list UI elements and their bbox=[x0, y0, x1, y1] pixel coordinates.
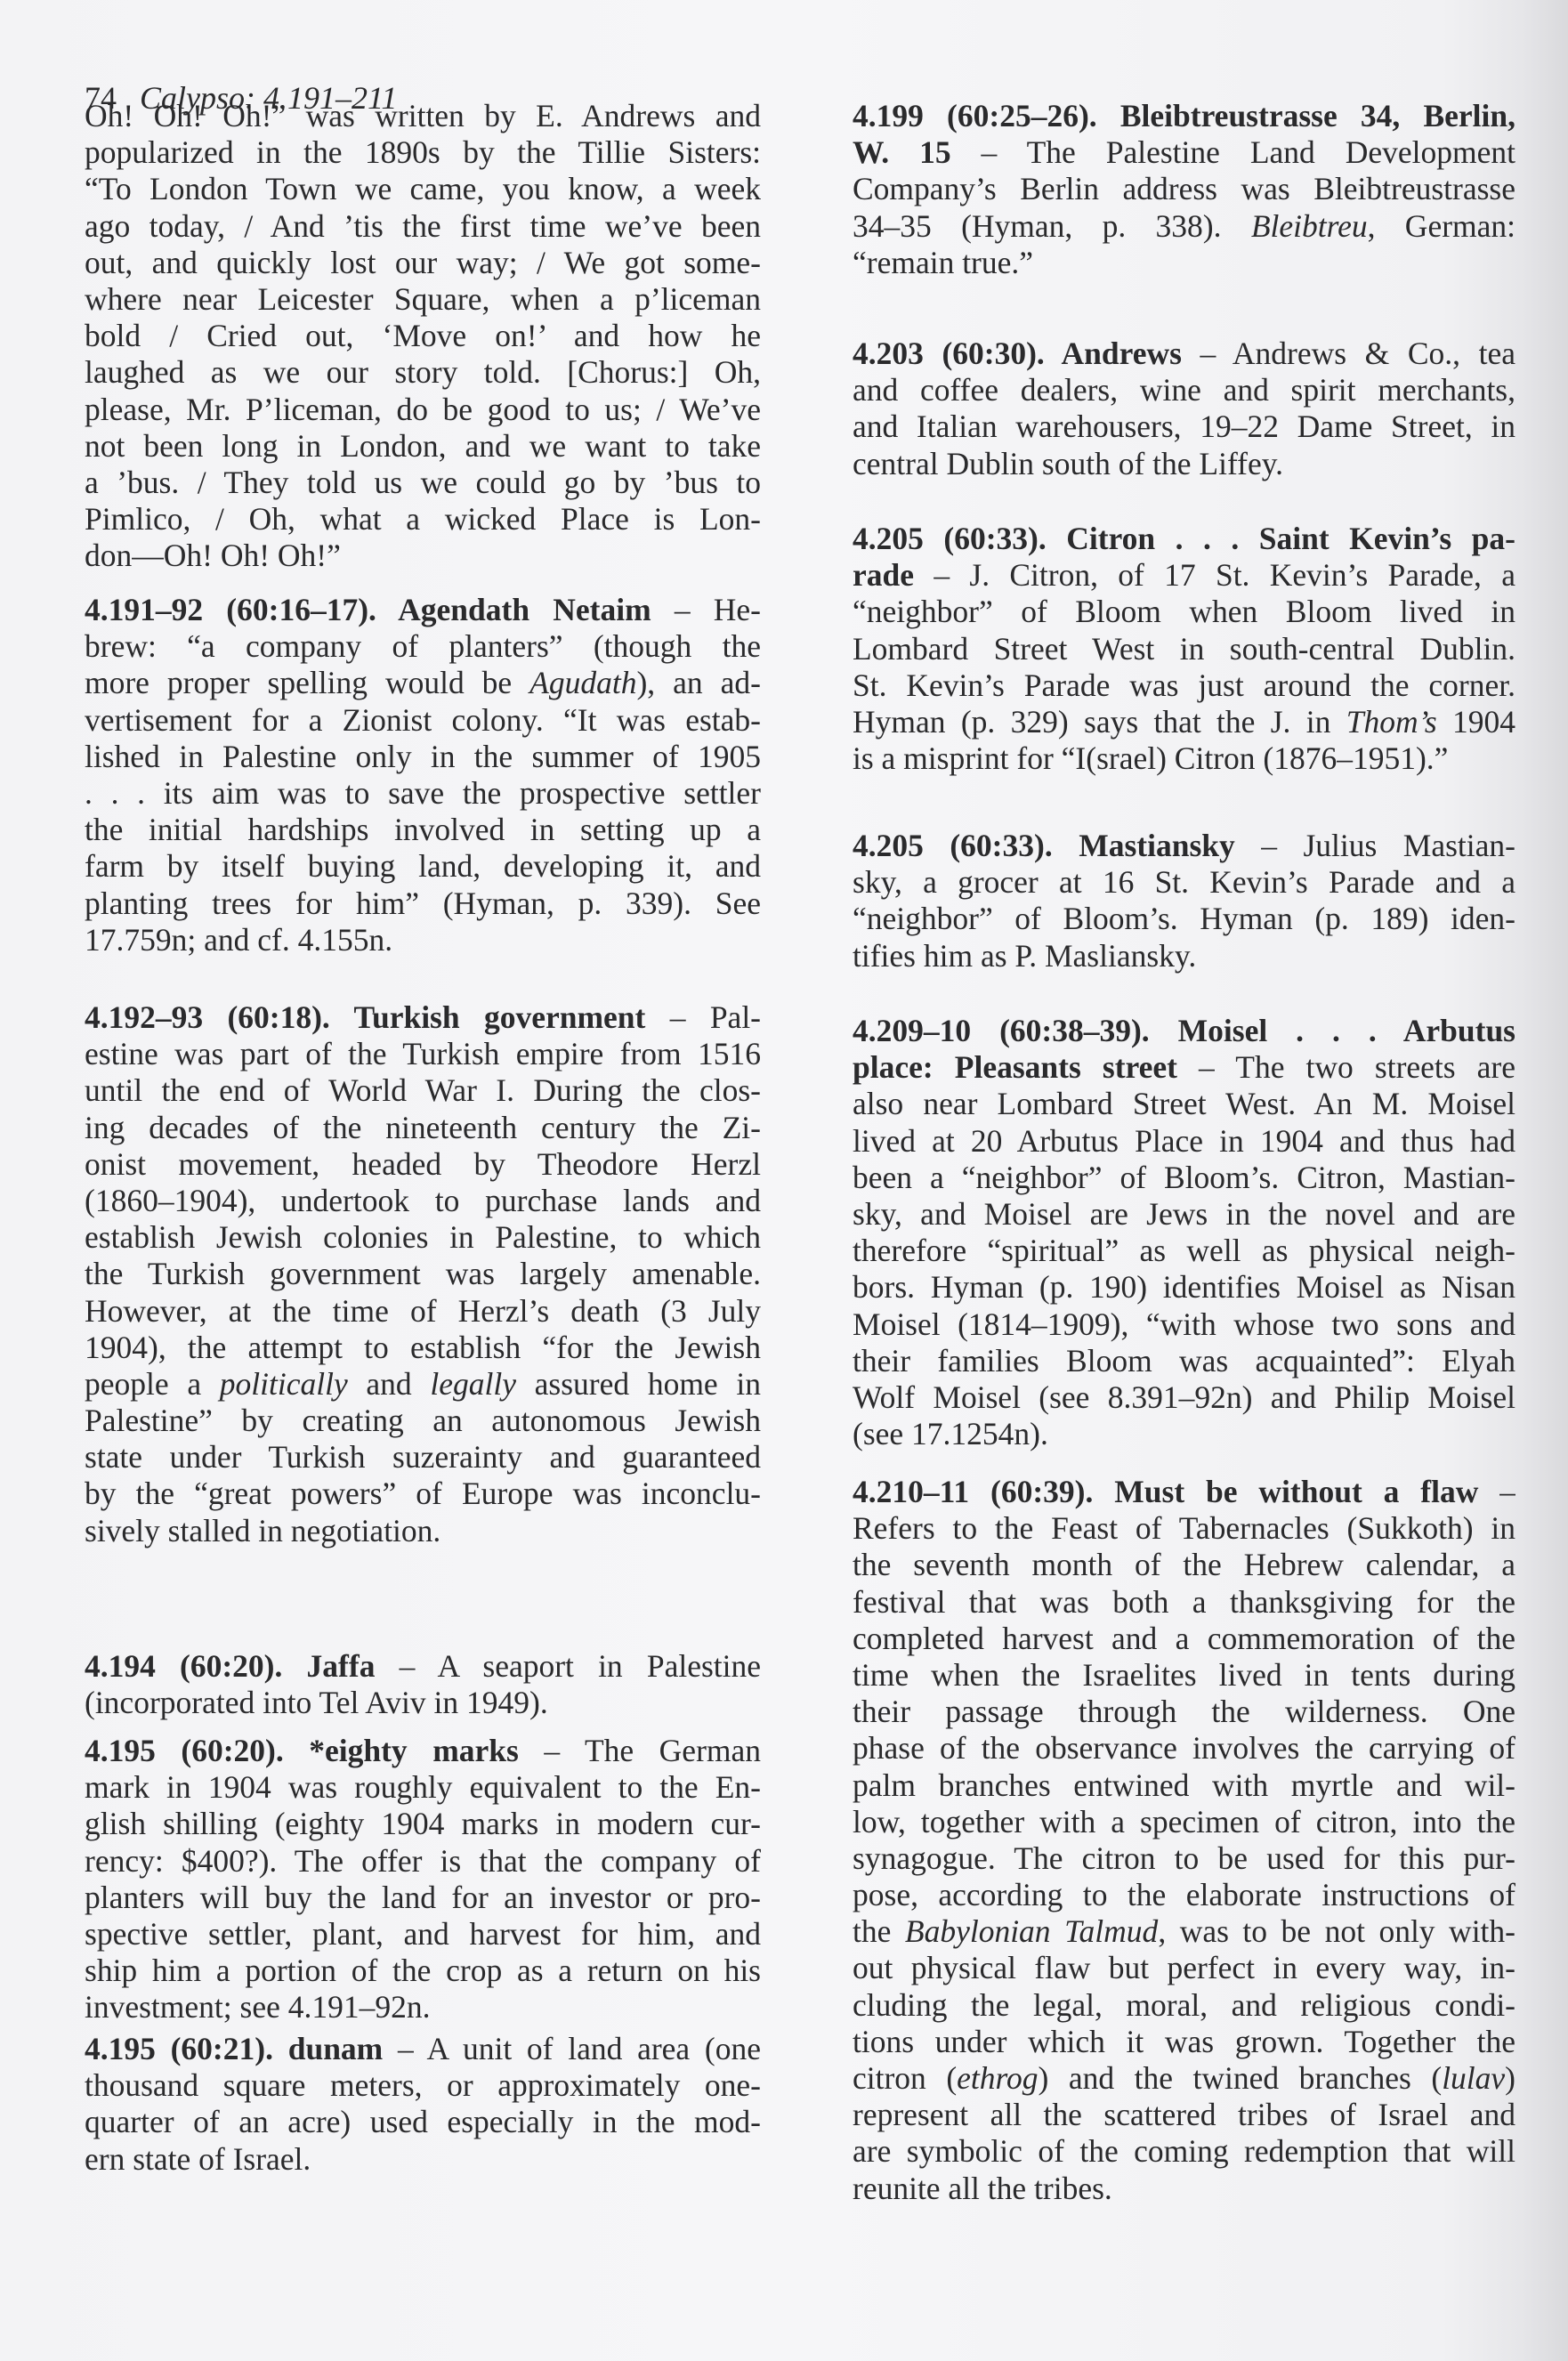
body-text: 34–35 (Hyman, p. 338). bbox=[853, 208, 1251, 244]
text-line: represent all the scattered tribes of Is… bbox=[853, 2097, 1515, 2133]
body-text: pose, according to the elaborate instruc… bbox=[853, 1877, 1515, 1912]
body-text: Wolf Moisel (see 8.391–92n) and Philip M… bbox=[853, 1379, 1515, 1415]
lemma-text: Andrews bbox=[1061, 336, 1181, 371]
text-line: sky, and Moisel are Jews in the novel an… bbox=[853, 1196, 1515, 1233]
text-line: the Babylonian Talmud, was to be not onl… bbox=[853, 1913, 1515, 1950]
text-line: 1904), the attempt to establish “for the… bbox=[85, 1330, 761, 1366]
entry-4-205-mastiansky: 4.205 (60:33). Mastiansky – Julius Masti… bbox=[853, 828, 1515, 974]
body-text: the Turkish government was largely amena… bbox=[85, 1256, 761, 1291]
body-text: Oh! Oh! Oh!” was written by E. Andrews a… bbox=[85, 98, 761, 133]
body-text: is a misprint for “I(srael) Citron (1876… bbox=[853, 740, 1448, 776]
body-text: the bbox=[853, 1913, 905, 1949]
body-text: more proper spelling would be bbox=[85, 665, 529, 700]
text-line: the Turkish government was largely amena… bbox=[85, 1256, 761, 1292]
text-line: festival that was both a thanksgiving fo… bbox=[853, 1584, 1515, 1621]
body-text: and coffee dealers, wine and spirit merc… bbox=[853, 372, 1515, 408]
body-text: “neighbor” of Bloom when Bloom lived in bbox=[853, 594, 1515, 629]
body-text: ) bbox=[1505, 2060, 1515, 2096]
text-line: out, and quickly lost our way; / We got … bbox=[85, 245, 761, 281]
lemma-text: Turkish government bbox=[354, 999, 646, 1035]
text-line: please, Mr. P’liceman, do be good to us;… bbox=[85, 392, 761, 428]
body-text: – J. Citron, of 17 St. Kevin’s Parade, a bbox=[914, 557, 1515, 593]
text-line: synagogue. The citron to be used for thi… bbox=[853, 1840, 1515, 1877]
italic-text: ethrog bbox=[957, 2060, 1038, 2096]
lemma-text: 4.210–11 (60:39). bbox=[853, 1474, 1114, 1509]
text-line: a ’bus. / They told us we could go by ’b… bbox=[85, 465, 761, 501]
body-text: ago today, / And ’tis the first time we’… bbox=[85, 208, 761, 244]
body-text: spective settler, plant, and harvest for… bbox=[85, 1916, 761, 1952]
italic-text: legally bbox=[430, 1366, 516, 1402]
text-line: tions under which it was grown. Together… bbox=[853, 2024, 1515, 2060]
body-text: – Andrews & Co., tea bbox=[1182, 336, 1515, 371]
text-line: place: Pleasants street – The two street… bbox=[853, 1049, 1515, 1086]
text-line: Moisel (1814–1909), “with whose two sons… bbox=[853, 1306, 1515, 1343]
body-text: central Dublin south of the Liffey. bbox=[853, 446, 1283, 481]
body-text: – A seaport in Palestine bbox=[375, 1648, 761, 1684]
entry-continuation: Oh! Oh! Oh!” was written by E. Andrews a… bbox=[85, 98, 761, 574]
body-text: festival that was both a thanksgiving fo… bbox=[853, 1584, 1515, 1620]
body-text: establish Jewish colonies in Palestine, … bbox=[85, 1219, 761, 1255]
text-line: more proper spelling would be Agudath), … bbox=[85, 665, 761, 701]
text-line: lived at 20 Arbutus Place in 1904 and th… bbox=[853, 1123, 1515, 1160]
text-line: St. Kevin’s Parade was just around the c… bbox=[853, 667, 1515, 704]
body-text: “neighbor” of Bloom’s. Hyman (p. 189) id… bbox=[853, 901, 1515, 936]
text-line: establish Jewish colonies in Palestine, … bbox=[85, 1219, 761, 1256]
body-text: therefore “spiritual” as well as physica… bbox=[853, 1233, 1515, 1268]
body-text: a ’bus. / They told us we could go by ’b… bbox=[85, 465, 761, 500]
text-line: ship him a portion of the crop as a retu… bbox=[85, 1953, 761, 1989]
body-text: rency: $400?). The offer is that the com… bbox=[85, 1843, 761, 1879]
text-line: and Italian warehousers, 19–22 Dame Stre… bbox=[853, 408, 1515, 445]
body-text: popularized in the 1890s by the Tillie S… bbox=[85, 134, 761, 170]
body-text: brew: “a company of planters” (though th… bbox=[85, 628, 761, 664]
text-line: where near Leicester Square, when a p’li… bbox=[85, 281, 761, 318]
lemma-text: 4.195 (60:21). bbox=[85, 2031, 288, 2066]
italic-text: lulav bbox=[1442, 2060, 1505, 2096]
text-line: W. 15 – The Palestine Land Development bbox=[853, 134, 1515, 171]
body-text: don—Oh! Oh! Oh!” bbox=[85, 538, 341, 573]
body-text: where near Leicester Square, when a p’li… bbox=[85, 281, 761, 317]
text-line: (1860–1904), undertook to purchase lands… bbox=[85, 1183, 761, 1219]
text-line: tifies him as P. Masliansky. bbox=[853, 938, 1515, 974]
body-text: out physical flaw but perfect in every w… bbox=[853, 1950, 1515, 1985]
body-text: are symbolic of the coming redemption th… bbox=[853, 2133, 1515, 2169]
text-line: been a “neighbor” of Bloom’s. Citron, Ma… bbox=[853, 1160, 1515, 1196]
text-line: Pimlico, / Oh, what a wicked Place is Lo… bbox=[85, 501, 761, 538]
entry-4-195-eighty-marks: 4.195 (60:20). *eighty marks – The Germa… bbox=[85, 1733, 761, 2026]
body-text: reunite all the tribes. bbox=[853, 2171, 1112, 2206]
body-text: sively stalled in negotiation. bbox=[85, 1513, 440, 1548]
lemma-text: place: Pleasants street bbox=[853, 1049, 1177, 1085]
body-text: – The German bbox=[519, 1733, 761, 1768]
body-text: – The two streets are bbox=[1177, 1049, 1515, 1085]
lemma-text: 4.194 (60:20). bbox=[85, 1648, 307, 1684]
lemma-text: rade bbox=[853, 557, 914, 593]
lemma-text: 4.199 (60:25–26). bbox=[853, 98, 1120, 133]
lemma-text: Citron . . . Saint Kevin’s pa- bbox=[1066, 521, 1515, 556]
body-text: also near Lombard Street West. An M. Moi… bbox=[853, 1086, 1515, 1121]
entry-4-199: 4.199 (60:25–26). Bleibtreustrasse 34, B… bbox=[853, 98, 1515, 281]
text-line: planting trees for him” (Hyman, p. 339).… bbox=[85, 885, 761, 922]
text-line: their families Bloom was acquainted”: El… bbox=[853, 1343, 1515, 1379]
text-line: don—Oh! Oh! Oh!” bbox=[85, 538, 761, 574]
text-line: time when the Israelites lived in tents … bbox=[853, 1657, 1515, 1694]
body-text: farm by itself buying land, developing i… bbox=[85, 848, 761, 884]
lemma-text: Agendath Netaim bbox=[398, 592, 651, 627]
text-line: thousand square meters, or approximately… bbox=[85, 2067, 761, 2104]
text-line: However, at the time of Herzl’s death (3… bbox=[85, 1293, 761, 1330]
body-text: palm branches entwined with myrtle and w… bbox=[853, 1767, 1515, 1803]
body-text: tions under which it was grown. Together… bbox=[853, 2024, 1515, 2059]
text-line: ern state of Israel. bbox=[85, 2141, 761, 2178]
body-text: and bbox=[348, 1366, 431, 1402]
body-text: ing decades of the nineteenth century th… bbox=[85, 1110, 761, 1145]
text-line: planters will buy the land for an invest… bbox=[85, 1880, 761, 1916]
body-text: glish shilling (eighty 1904 marks in mod… bbox=[85, 1806, 761, 1841]
body-text: represent all the scattered tribes of Is… bbox=[853, 2097, 1515, 2132]
body-text: – Julius Mastian- bbox=[1235, 828, 1515, 863]
body-text: 17.759n; and cf. 4.155n. bbox=[85, 922, 392, 958]
body-text: lived at 20 Arbutus Place in 1904 and th… bbox=[853, 1123, 1515, 1159]
body-text: out, and quickly lost our way; / We got … bbox=[85, 245, 761, 280]
text-line: “neighbor” of Bloom when Bloom lived in bbox=[853, 594, 1515, 630]
text-line: 4.205 (60:33). Mastiansky – Julius Masti… bbox=[853, 828, 1515, 864]
body-text: Hyman (p. 329) says that the J. in bbox=[853, 704, 1346, 740]
text-line: citron (ethrog) and the twined branches … bbox=[853, 2060, 1515, 2097]
text-line: farm by itself buying land, developing i… bbox=[85, 848, 761, 885]
body-text: 1904 bbox=[1437, 704, 1515, 740]
body-text: lished in Palestine only in the summer o… bbox=[85, 739, 761, 774]
text-line: Lombard Street West in south-central Dub… bbox=[853, 631, 1515, 667]
text-line: . . . its aim was to save the prospectiv… bbox=[85, 775, 761, 812]
text-line: their passage through the wilderness. On… bbox=[853, 1694, 1515, 1730]
text-line: brew: “a company of planters” (though th… bbox=[85, 628, 761, 665]
body-text: – Pal- bbox=[645, 999, 761, 1035]
text-line: out physical flaw but perfect in every w… bbox=[853, 1950, 1515, 1986]
body-text: ship him a portion of the crop as a retu… bbox=[85, 1953, 761, 1988]
text-line: investment; see 4.191–92n. bbox=[85, 1989, 761, 2025]
body-text: assured home in bbox=[516, 1366, 761, 1402]
body-text: the initial hardships involved in settin… bbox=[85, 812, 761, 847]
text-line: Oh! Oh! Oh!” was written by E. Andrews a… bbox=[85, 98, 761, 134]
text-line: people a politically and legally assured… bbox=[85, 1366, 761, 1403]
body-text: , was to be not only with- bbox=[1158, 1913, 1515, 1949]
body-text: their passage through the wilderness. On… bbox=[853, 1694, 1515, 1729]
text-line: the initial hardships involved in settin… bbox=[85, 812, 761, 848]
body-text: ) and the twined branches ( bbox=[1039, 2060, 1443, 2096]
text-line: are symbolic of the coming redemption th… bbox=[853, 2133, 1515, 2170]
text-line: 4.195 (60:21). dunam – A unit of land ar… bbox=[85, 2031, 761, 2067]
text-line: Refers to the Feast of Tabernacles (Sukk… bbox=[853, 1510, 1515, 1547]
body-text: phase of the observance involves the car… bbox=[853, 1730, 1515, 1766]
text-line: Hyman (p. 329) says that the J. in Thom’… bbox=[853, 704, 1515, 740]
body-text: sky, a grocer at 16 St. Kevin’s Parade a… bbox=[853, 864, 1515, 900]
italic-text: politically bbox=[220, 1366, 348, 1402]
text-line: Wolf Moisel (see 8.391–92n) and Philip M… bbox=[853, 1379, 1515, 1416]
lemma-text: 4.195 (60:20). bbox=[85, 1733, 309, 1768]
body-text: (incorporated into Tel Aviv in 1949). bbox=[85, 1685, 548, 1720]
body-text: until the end of World War I. During the… bbox=[85, 1072, 761, 1108]
body-text: Palestine” by creating an autonomous Jew… bbox=[85, 1403, 761, 1438]
body-text: sky, and Moisel are Jews in the novel an… bbox=[853, 1196, 1515, 1232]
body-text: tifies him as P. Masliansky. bbox=[853, 938, 1196, 974]
text-line: 17.759n; and cf. 4.155n. bbox=[85, 922, 761, 958]
text-line: rency: $400?). The offer is that the com… bbox=[85, 1843, 761, 1880]
text-line: “neighbor” of Bloom’s. Hyman (p. 189) id… bbox=[853, 901, 1515, 937]
body-text: Company’s Berlin address was Bleibtreust… bbox=[853, 171, 1515, 206]
text-line: ing decades of the nineteenth century th… bbox=[85, 1110, 761, 1146]
text-line: therefore “spiritual” as well as physica… bbox=[853, 1233, 1515, 1269]
text-line: “To London Town we came, you know, a wee… bbox=[85, 171, 761, 207]
entry-4-192-93: 4.192–93 (60:18). Turkish government – P… bbox=[85, 999, 761, 1549]
body-text: please, Mr. P’liceman, do be good to us;… bbox=[85, 392, 761, 427]
text-line: 4.205 (60:33). Citron . . . Saint Kevin’… bbox=[853, 521, 1515, 557]
body-text: “remain true.” bbox=[853, 245, 1033, 280]
body-text: investment; see 4.191–92n. bbox=[85, 1989, 430, 2025]
text-line: 4.191–92 (60:16–17). Agendath Netaim – H… bbox=[85, 592, 761, 628]
text-line: pose, according to the elaborate instruc… bbox=[853, 1877, 1515, 1913]
text-line: low, together with a specimen of citron,… bbox=[853, 1804, 1515, 1840]
text-line: central Dublin south of the Liffey. bbox=[853, 446, 1515, 482]
body-text: St. Kevin’s Parade was just around the c… bbox=[853, 667, 1515, 703]
text-line: (incorporated into Tel Aviv in 1949). bbox=[85, 1685, 761, 1721]
text-line: quarter of an acre) used especially in t… bbox=[85, 2104, 761, 2140]
lemma-text: 4.205 (60:33). bbox=[853, 521, 1066, 556]
entry-4-205-citron: 4.205 (60:33). Citron . . . Saint Kevin’… bbox=[853, 521, 1515, 777]
body-text: cluding the legal, moral, and religious … bbox=[853, 1987, 1515, 2023]
body-text: and Italian warehousers, 19–22 Dame Stre… bbox=[853, 408, 1515, 444]
lemma-text: 4.191–92 (60:16–17). bbox=[85, 592, 398, 627]
lemma-text: Mastiansky bbox=[1079, 828, 1235, 863]
body-text: completed harvest and a commemoration of… bbox=[853, 1621, 1515, 1656]
lemma-text: Must be without a flaw bbox=[1114, 1474, 1478, 1509]
italic-text: Thom’s bbox=[1346, 704, 1437, 740]
text-line: completed harvest and a commemoration of… bbox=[853, 1621, 1515, 1657]
lemma-text: Jaffa bbox=[307, 1648, 376, 1684]
body-text: state under Turkish suzerainty and guara… bbox=[85, 1439, 761, 1475]
lemma-text: 4.209–10 (60:38–39). bbox=[853, 1013, 1178, 1048]
text-line: ago today, / And ’tis the first time we’… bbox=[85, 208, 761, 245]
body-text: bors. Hyman (p. 190) identifies Moisel a… bbox=[853, 1269, 1515, 1305]
text-line: laughed as we our story told. [Chorus:] … bbox=[85, 354, 761, 391]
text-line: glish shilling (eighty 1904 marks in mod… bbox=[85, 1806, 761, 1842]
body-text: onist movement, headed by Theodore Herzl bbox=[85, 1146, 761, 1182]
text-line: the seventh month of the Hebrew calendar… bbox=[853, 1547, 1515, 1583]
lemma-text: Bleibtreustrasse 34, Berlin, bbox=[1120, 98, 1515, 133]
body-text: Refers to the Feast of Tabernacles (Sukk… bbox=[853, 1510, 1515, 1546]
text-line: also near Lombard Street West. An M. Moi… bbox=[853, 1086, 1515, 1122]
body-text: – He- bbox=[651, 592, 761, 627]
text-line: bold / Cried out, ‘Move on!’ and how he bbox=[85, 318, 761, 354]
body-text: not been long in London, and we want to … bbox=[85, 428, 761, 464]
body-text: Lombard Street West in south-central Dub… bbox=[853, 631, 1515, 667]
text-line: 4.199 (60:25–26). Bleibtreustrasse 34, B… bbox=[853, 98, 1515, 134]
text-line: 4.195 (60:20). *eighty marks – The Germa… bbox=[85, 1733, 761, 1769]
body-text: “To London Town we came, you know, a wee… bbox=[85, 171, 761, 206]
body-text: – The Palestine Land Development bbox=[951, 134, 1515, 170]
text-line: estine was part of the Turkish empire fr… bbox=[85, 1036, 761, 1072]
text-line: onist movement, headed by Theodore Herzl bbox=[85, 1146, 761, 1183]
italic-text: Babylonian Talmud bbox=[905, 1913, 1158, 1949]
lemma-text: dunam bbox=[288, 2031, 384, 2066]
lemma-text: *eighty marks bbox=[309, 1733, 519, 1768]
lemma-text: 4.205 (60:33). bbox=[853, 828, 1079, 863]
text-line: 4.210–11 (60:39). Must be without a flaw… bbox=[853, 1474, 1515, 1510]
text-line: popularized in the 1890s by the Tillie S… bbox=[85, 134, 761, 171]
text-line: vertisement for a Zionist colony. “It wa… bbox=[85, 702, 761, 739]
body-text: ), an ad- bbox=[636, 665, 761, 700]
body-text: been a “neighbor” of Bloom’s. Citron, Ma… bbox=[853, 1160, 1515, 1195]
text-line: is a misprint for “I(srael) Citron (1876… bbox=[853, 740, 1515, 777]
body-text: synagogue. The citron to be used for thi… bbox=[853, 1840, 1515, 1876]
body-text: their families Bloom was acquainted”: El… bbox=[853, 1343, 1515, 1379]
entry-4-209-10: 4.209–10 (60:38–39). Moisel . . . Arbutu… bbox=[853, 1013, 1515, 1452]
lemma-text: W. 15 bbox=[853, 134, 951, 170]
text-line: palm branches entwined with myrtle and w… bbox=[853, 1767, 1515, 1804]
text-line: by the “great powers” of Europe was inco… bbox=[85, 1476, 761, 1512]
text-line: not been long in London, and we want to … bbox=[85, 428, 761, 465]
body-text: Pimlico, / Oh, what a wicked Place is Lo… bbox=[85, 501, 761, 537]
body-text: thousand square meters, or approximately… bbox=[85, 2067, 761, 2103]
text-line: (see 17.1254n). bbox=[853, 1416, 1515, 1452]
text-line: “remain true.” bbox=[853, 245, 1515, 281]
entry-4-194: 4.194 (60:20). Jaffa – A seaport in Pale… bbox=[85, 1648, 761, 1721]
text-line: spective settler, plant, and harvest for… bbox=[85, 1916, 761, 1953]
text-line: reunite all the tribes. bbox=[853, 2171, 1515, 2207]
text-line: sively stalled in negotiation. bbox=[85, 1513, 761, 1549]
body-text: Moisel (1814–1909), “with whose two sons… bbox=[853, 1306, 1515, 1342]
text-line: bors. Hyman (p. 190) identifies Moisel a… bbox=[853, 1269, 1515, 1306]
body-text: citron ( bbox=[853, 2060, 957, 2096]
entry-4-210-11: 4.210–11 (60:39). Must be without a flaw… bbox=[853, 1474, 1515, 2207]
body-text: However, at the time of Herzl’s death (3… bbox=[85, 1293, 761, 1329]
body-text: ern state of Israel. bbox=[85, 2141, 311, 2177]
body-text: mark in 1904 was roughly equivalent to t… bbox=[85, 1769, 761, 1805]
lemma-text: Moisel . . . Arbutus bbox=[1178, 1013, 1515, 1048]
lemma-text: 4.192–93 (60:18). bbox=[85, 999, 354, 1035]
text-line: Company’s Berlin address was Bleibtreust… bbox=[853, 171, 1515, 207]
body-text: (see 17.1254n). bbox=[853, 1416, 1048, 1451]
text-line: cluding the legal, moral, and religious … bbox=[853, 1987, 1515, 2024]
italic-text: Agudath bbox=[529, 665, 636, 700]
entry-4-195-dunam: 4.195 (60:21). dunam – A unit of land ar… bbox=[85, 2031, 761, 2178]
lemma-text: 4.203 (60:30). bbox=[853, 336, 1061, 371]
text-line: 34–35 (Hyman, p. 338). Bleibtreu, German… bbox=[853, 208, 1515, 245]
body-text: people a bbox=[85, 1366, 220, 1402]
body-text: time when the Israelites lived in tents … bbox=[853, 1657, 1515, 1693]
text-line: 4.194 (60:20). Jaffa – A seaport in Pale… bbox=[85, 1648, 761, 1685]
entry-4-203: 4.203 (60:30). Andrews – Andrews & Co., … bbox=[853, 336, 1515, 482]
body-text: . . . its aim was to save the prospectiv… bbox=[85, 775, 761, 811]
body-text: (1860–1904), undertook to purchase lands… bbox=[85, 1183, 761, 1218]
text-line: 4.203 (60:30). Andrews – Andrews & Co., … bbox=[853, 336, 1515, 372]
text-line: rade – J. Citron, of 17 St. Kevin’s Para… bbox=[853, 557, 1515, 594]
body-text: laughed as we our story told. [Chorus:] … bbox=[85, 354, 761, 390]
body-text: the seventh month of the Hebrew calendar… bbox=[853, 1547, 1515, 1582]
body-text: estine was part of the Turkish empire fr… bbox=[85, 1036, 761, 1071]
body-text: , German: bbox=[1368, 208, 1515, 244]
text-line: lished in Palestine only in the summer o… bbox=[85, 739, 761, 775]
text-line: phase of the observance involves the car… bbox=[853, 1730, 1515, 1767]
text-line: mark in 1904 was roughly equivalent to t… bbox=[85, 1769, 761, 1806]
entry-4-191-92: 4.191–92 (60:16–17). Agendath Netaim – H… bbox=[85, 592, 761, 958]
text-line: until the end of World War I. During the… bbox=[85, 1072, 761, 1109]
body-text: – A unit of land area (one bbox=[383, 2031, 761, 2066]
body-text: quarter of an acre) used especially in t… bbox=[85, 2104, 761, 2139]
body-text: by the “great powers” of Europe was inco… bbox=[85, 1476, 761, 1511]
text-line: and coffee dealers, wine and spirit merc… bbox=[853, 372, 1515, 408]
body-text: bold / Cried out, ‘Move on!’ and how he bbox=[85, 318, 761, 353]
italic-text: Bleibtreu bbox=[1251, 208, 1368, 244]
body-text: planters will buy the land for an invest… bbox=[85, 1880, 761, 1915]
body-text: – bbox=[1478, 1474, 1515, 1509]
body-text: 1904), the attempt to establish “for the… bbox=[85, 1330, 761, 1365]
text-line: 4.209–10 (60:38–39). Moisel . . . Arbutu… bbox=[853, 1013, 1515, 1049]
text-line: 4.192–93 (60:18). Turkish government – P… bbox=[85, 999, 761, 1036]
body-text: low, together with a specimen of citron,… bbox=[853, 1804, 1515, 1839]
body-text: planting trees for him” (Hyman, p. 339).… bbox=[85, 885, 761, 921]
text-line: sky, a grocer at 16 St. Kevin’s Parade a… bbox=[853, 864, 1515, 901]
body-text: vertisement for a Zionist colony. “It wa… bbox=[85, 702, 761, 738]
text-line: state under Turkish suzerainty and guara… bbox=[85, 1439, 761, 1476]
text-line: Palestine” by creating an autonomous Jew… bbox=[85, 1403, 761, 1439]
